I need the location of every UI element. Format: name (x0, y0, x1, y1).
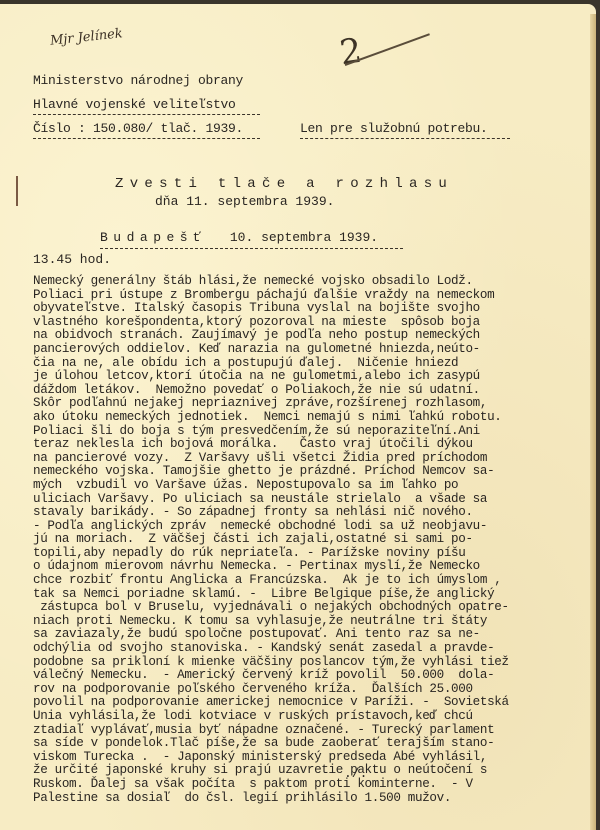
body-line: stavaly barikády. - So západnej fronty s… (33, 506, 573, 520)
body-line: viskom Turecka . - Japonský ministerský … (33, 751, 573, 765)
body-line: niach proti Nemecku. K tomu sa vyhlasuje… (33, 615, 573, 629)
body-line: chce rozbiť frontu Anglicka a Francúzska… (33, 574, 573, 588)
body-line: ako útoku nemeckých jednotiek. Nemci nem… (33, 411, 573, 425)
report-heading: Budapešť 10. septembra 1939. (100, 230, 378, 245)
document-date: dňa 11. septembra 1939. (155, 194, 334, 209)
body-line: - Podľa anglických zpráv nemecké obchodn… (33, 520, 573, 534)
body-line: topili,aby nepadly do rúk nepriateľa. - … (33, 547, 573, 561)
body-line: uliciach Varšavy. Po uliciach sa neustál… (33, 493, 573, 507)
body-line: válečný Nemecku. - Americký červený kríž… (33, 669, 573, 683)
body-line: jú na moriach. Z väčšej části ich zajali… (33, 533, 573, 547)
body-line: pancierových oddielov. Keď narazia na gu… (33, 343, 573, 357)
ministry-name: Ministerstvo národnej obrany (33, 73, 243, 88)
body-line: Poliaci pri ústupe z Brombergu páchajú ď… (33, 289, 573, 303)
document-title: Zvesti tlače a rozhlasu (115, 176, 453, 192)
body-line: dáždom letákov. Nemožno povedať o Poliak… (33, 384, 573, 398)
body-line: Skôr podľahnú nejakej nepriaznivej zpráv… (33, 397, 573, 411)
body-line: že určité japonské kruhy si prajú uzavre… (33, 764, 573, 778)
continuation-mark: ./. (344, 766, 367, 781)
body-line: vlastného korešpondenta,ktorý pozoroval … (33, 316, 573, 330)
header-divider (33, 114, 260, 115)
classification-underline (300, 138, 510, 139)
body-line: obyvateľstve. Italský časopis Tribuna vy… (33, 302, 573, 316)
report-date: 10. septembra 1939. (230, 230, 378, 245)
report-heading-underline (100, 248, 403, 249)
report-location: Budapešť (100, 230, 206, 245)
body-line: tak sa Nemci poriadne sklamú. - Libre Be… (33, 588, 573, 602)
report-body: Nemecký generálny štáb hlási,že nemecké … (33, 275, 573, 805)
handwritten-signature: Mjr Jelínek (49, 26, 123, 49)
body-line: ztadiaľ vyplávať,musia byť nápadne označ… (33, 724, 573, 738)
body-line: teraz neklesla ich bojová morálka. Často… (33, 438, 573, 452)
body-line: povolil na podporovanie americkej nemocn… (33, 696, 573, 710)
body-line: na pancierové vozy. Z Varšavy ušli všetc… (33, 452, 573, 466)
body-line: odchýlia od svojho stanoviska. - Kandský… (33, 642, 573, 656)
handwritten-page-mark: 2 (337, 31, 364, 74)
body-line: na obidvoch stranách. Zaujímavý je podľa… (33, 329, 573, 343)
body-line: podobne sa prikloní k mienke väčšiny pos… (33, 656, 573, 670)
body-line: Ruskom. Ďalej sa však počíta s paktom pr… (33, 778, 573, 792)
report-time: 13.45 hod. (33, 252, 111, 267)
body-line: o údajnom mierovom návrhu Nemecka. - Per… (33, 560, 573, 574)
body-line: Palestine sa dosiaľ do čsl. legií prihlá… (33, 792, 573, 806)
document-number: Číslo : 150.080/ tlač. 1939. (33, 121, 243, 136)
body-line: rov na podporovanie poľského červeného k… (33, 683, 573, 697)
body-line: sa zaviazaly,že budú spoločne postupovať… (33, 628, 573, 642)
body-line: čia na ne, ale obídu ich a postupujú ďal… (33, 357, 573, 371)
body-line: nemeckého vojska. Tamojšie ghetto je prá… (33, 465, 573, 479)
body-line: Unia vyhlásila,že lodi kotviace v ruskýc… (33, 710, 573, 724)
number-underline (33, 138, 260, 139)
body-line: sa síde v pondelok.Tlač píše,že sa bude … (33, 737, 573, 751)
page-edge-shadow (590, 14, 596, 830)
margin-mark (16, 176, 18, 206)
command-name: Hlavné vojenské veliteľstvo (33, 97, 236, 112)
body-line: Nemecký generálny štáb hlási,že nemecké … (33, 275, 573, 289)
body-line: zástupca bol v Bruselu, vyjednávali o ne… (33, 601, 573, 615)
document-page: Mjr Jelínek 2 Ministerstvo národnej obra… (0, 4, 596, 830)
body-line: je úlohou letcov,ktorí útočia na ne gulo… (33, 370, 573, 384)
body-line: mých vzbudil vo Varšave úžas. Nepostupov… (33, 479, 573, 493)
classification-label: Len pre služobnú potrebu. (300, 121, 488, 136)
